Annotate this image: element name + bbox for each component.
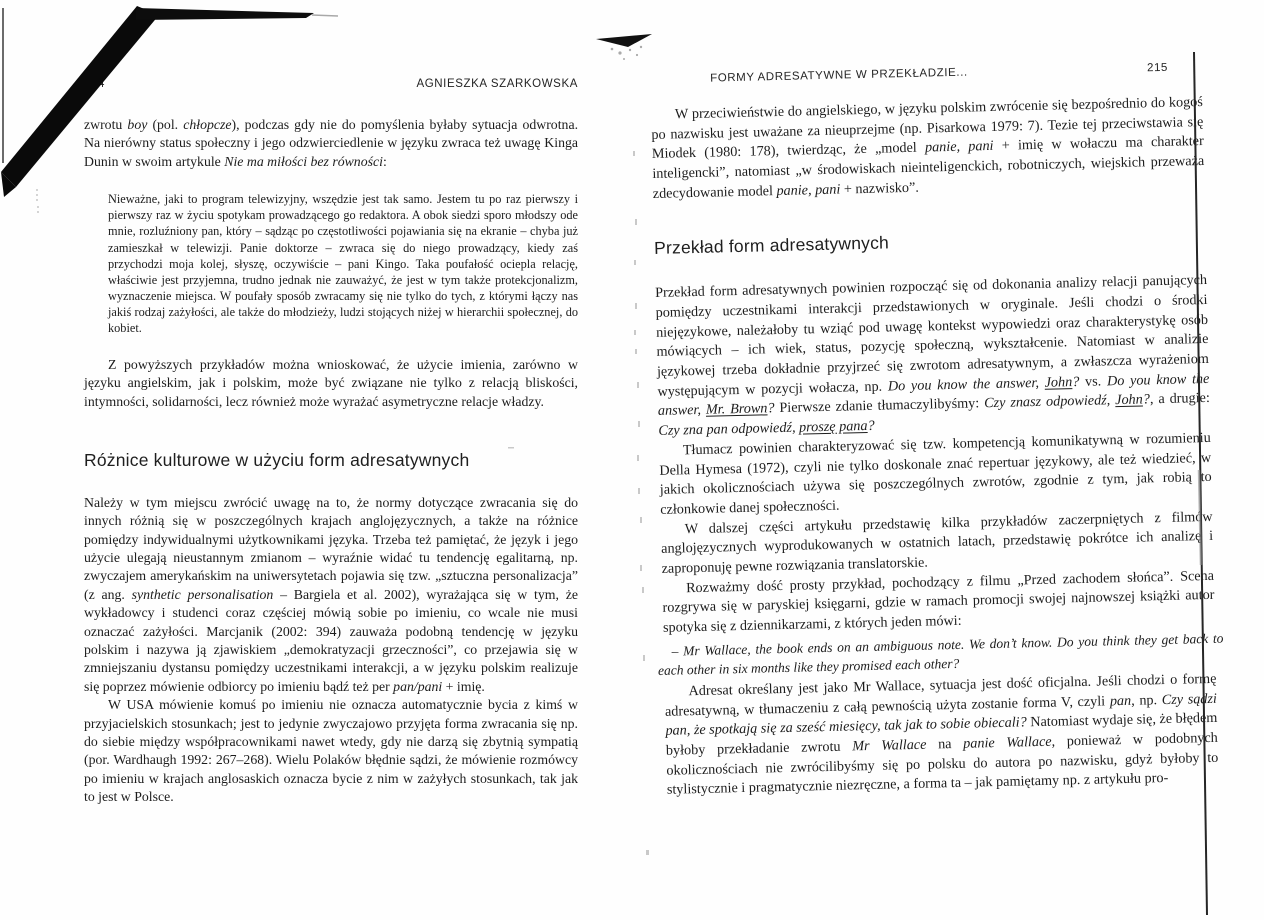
left-page: 214 AGNIESZKA SZARKOWSKA zwrotu boy (pol… <box>84 78 578 807</box>
text-segment: W USA mówienie komuś po imieniu nie ozna… <box>84 697 578 804</box>
text-segment: Pierwsze zdanie tłumaczylibyśmy: <box>774 396 984 417</box>
text-segment: : <box>383 154 387 169</box>
text-segment: proszę pana <box>799 418 868 436</box>
text-segment: ? <box>867 418 874 434</box>
text-segment: Nie ma miłości bez równości <box>224 154 383 169</box>
text-segment: pan/pani <box>393 679 442 694</box>
page-number: 214 <box>84 78 105 90</box>
text-segment: John <box>1115 392 1143 409</box>
paragraph: W USA mówienie komuś po imieniu nie ozna… <box>84 696 578 806</box>
section-heading: Różnice kulturowe w użyciu form adresaty… <box>84 451 578 469</box>
text-segment: panie, pani <box>925 138 994 156</box>
text-segment: Czy znasz odpowiedź, <box>984 393 1115 412</box>
text-segment: Mr. Brown <box>706 401 768 418</box>
scan-artifact-left-dotted-marks <box>37 189 38 215</box>
left-running-header-row: 214 AGNIESZKA SZARKOWSKA <box>84 78 578 90</box>
text-segment: Czy zna pan odpowiedź, <box>658 420 799 439</box>
paragraph: Przekład form adresatywnych powinien roz… <box>655 271 1211 442</box>
block-quote: Nieważne, jaki to program telewizyjny, w… <box>108 191 578 336</box>
right-page-body: W przeciwieństwie do angielskiego, w jęz… <box>651 93 1219 801</box>
left-page-body: zwrotu boy (pol. chłopcze), podczas gdy … <box>84 116 578 807</box>
text-segment: , a drugie: <box>1150 390 1210 407</box>
text-segment: John <box>1044 374 1072 391</box>
paragraph: zwrotu boy (pol. chłopcze), podczas gdy … <box>84 116 578 171</box>
scan-artifact-top-streak-fade <box>312 15 338 16</box>
paragraph: Tłumacz powinien charakteryzować się tzw… <box>659 429 1213 521</box>
text-segment: , np. <box>1131 692 1162 709</box>
text-segment: synthetic personalisation <box>132 587 274 602</box>
page-number: 215 <box>1147 62 1168 74</box>
text-segment: Należy w tym miejscu zwrócić uwagę na to… <box>84 495 578 602</box>
scan-artifact-corner-tip <box>1 172 16 197</box>
text-segment: chłopcze <box>183 117 231 132</box>
running-header: AGNIESZKA SZARKOWSKA <box>416 78 578 90</box>
right-running-header-row: FORMY ADRESATYWNE W PRZEKŁADZIE... 215 <box>650 61 1202 86</box>
text-segment: na <box>926 736 963 753</box>
text-segment: boy <box>127 117 147 132</box>
scan-artifact-top-streak <box>136 8 314 20</box>
paragraph: Rozważmy dość prosty przykład, pochodząc… <box>662 567 1215 639</box>
scan-artifact-smudge <box>596 34 652 47</box>
paragraph: Adresat określany jest jako Mr Wallace, … <box>664 670 1219 801</box>
text-segment: Rozważmy dość prosty przykład, pochodząc… <box>662 568 1214 636</box>
text-segment: (pol. <box>147 117 183 132</box>
section-heading: Przekład form adresatywnych <box>654 225 1206 258</box>
text-segment: W dalszej części artykułu przedstawię ki… <box>661 509 1213 577</box>
text-segment: Przekład form adresatywnych <box>654 232 889 258</box>
text-segment: – Bargiela et al. 2002), wyrażająca się … <box>84 587 578 694</box>
text-segment: Różnice kulturowe w użyciu form adresaty… <box>84 450 469 470</box>
paragraph: W przeciwieństwie do angielskiego, w jęz… <box>651 93 1205 204</box>
scan-artifact-smudge-specks <box>611 46 643 60</box>
paragraph: Z powyższych przykładów można wnioskować… <box>84 356 578 411</box>
scanned-book-spread: { "colors":{"paper":"#fefefe","ink":"#1c… <box>0 0 1264 920</box>
paragraph: Należy w tym miejscu zwrócić uwagę na to… <box>84 494 578 696</box>
text-segment: Mr Wallace <box>852 737 927 755</box>
text-segment: panie Wallace <box>963 734 1052 752</box>
text-segment: + imię. <box>442 679 485 694</box>
text-segment: vs. <box>1079 373 1107 390</box>
text-segment: Tłumacz powinien charakteryzować się tzw… <box>659 430 1212 518</box>
text-segment: Do you know the answer, <box>888 375 1045 395</box>
running-header: FORMY ADRESATYWNE W PRZEKŁADZIE... <box>710 67 968 85</box>
text-segment: panie, pani <box>776 181 840 198</box>
text-segment: Nieważne, jaki to program telewizyjny, w… <box>108 192 578 335</box>
text-segment: pan <box>1110 692 1132 708</box>
text-segment: + nazwisko”. <box>840 180 919 198</box>
right-page: FORMY ADRESATYWNE W PRZEKŁADZIE... 215 W… <box>650 61 1219 801</box>
text-segment: zwrotu <box>84 117 127 132</box>
text-segment: Z powyższych przykładów można wnioskować… <box>84 357 578 409</box>
